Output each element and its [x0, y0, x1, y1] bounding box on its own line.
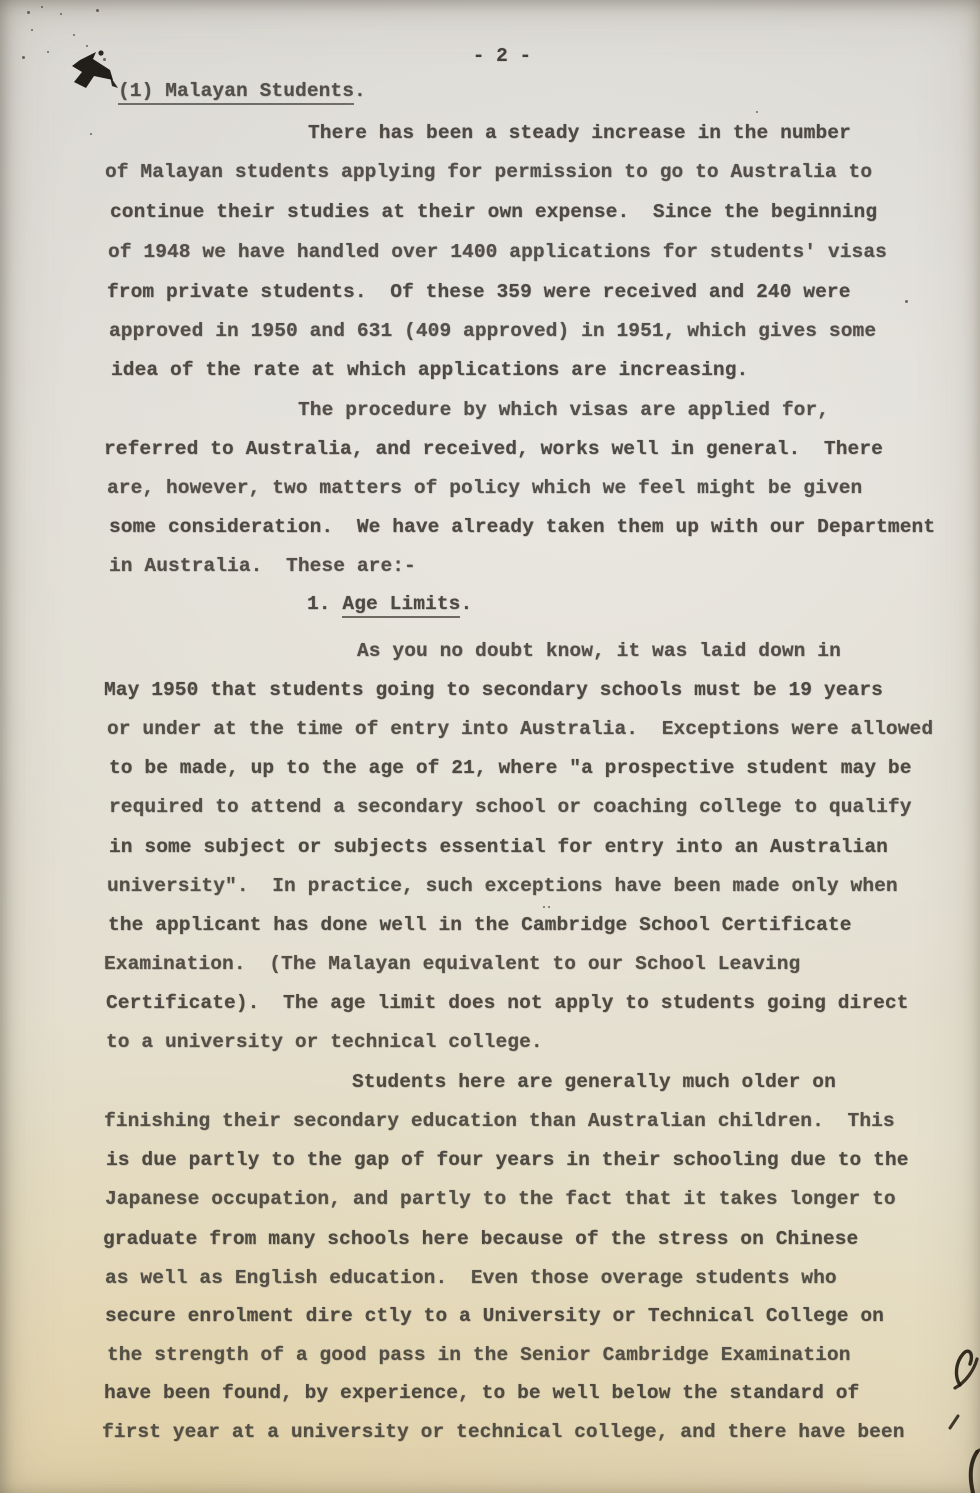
- text-line: May 1950 that students going to secondar…: [104, 679, 883, 701]
- ink-speck: [47, 51, 49, 53]
- text-line: As you no doubt know, it was laid down i…: [357, 640, 841, 662]
- text-line: of 1948 we have handled over 1400 applic…: [108, 241, 887, 263]
- text-line: to be made, up to the age of 21, where "…: [109, 757, 912, 779]
- text-line: approved in 1950 and 631 (409 approved) …: [109, 320, 876, 342]
- ink-speck: [90, 133, 92, 135]
- text-line: finishing their secondary education than…: [104, 1110, 895, 1132]
- text-line: have been found, by experience, to be we…: [104, 1382, 859, 1404]
- text-line: university". In practice, such exception…: [107, 875, 898, 897]
- ink-speck: [86, 45, 88, 47]
- text-line: as well as English education. Even those…: [105, 1267, 837, 1289]
- ink-speck: [73, 34, 75, 36]
- text-line: continue their studies at their own expe…: [110, 201, 877, 223]
- text-line: from private students. Of these 359 were…: [107, 281, 851, 303]
- text-line: Examination. (The Malayan equivalent to …: [104, 953, 800, 975]
- text-line: idea of the rate at which applications a…: [111, 359, 748, 381]
- heading-line: (1) Malayan Students.: [118, 80, 366, 102]
- ink-speck: [41, 6, 43, 8]
- ink-arrow-mark: [66, 50, 124, 96]
- ink-speck: [543, 906, 545, 908]
- text-line: first year at a university or technical …: [102, 1421, 905, 1443]
- ink-speck: [60, 13, 62, 15]
- ink-speck: [548, 906, 550, 908]
- text-line: the strength of a good pass in the Senio…: [107, 1344, 851, 1366]
- text-line: graduate from many schools here because …: [103, 1228, 858, 1250]
- ink-speck: [103, 58, 106, 61]
- text-line: referred to Australia, and received, wor…: [104, 438, 883, 460]
- text-line: There has been a steady increase in the …: [308, 122, 851, 144]
- ink-speck: [905, 300, 908, 303]
- text-line: in Australia. These are:-: [109, 555, 416, 577]
- text-line: Certificate). The age limit does not app…: [106, 992, 909, 1014]
- heading-line: 1. Age Limits.: [307, 593, 472, 615]
- ink-speck: [22, 56, 25, 59]
- text-line: The procedure by which visas are applied…: [298, 399, 829, 421]
- ink-speck: [31, 29, 33, 31]
- text-line: are, however, two matters of policy whic…: [107, 477, 862, 499]
- text-line: or under at the time of entry into Austr…: [107, 718, 933, 740]
- text-line: to a university or technical college.: [106, 1031, 543, 1053]
- page-number: - 2 -: [12, 45, 980, 67]
- text-line: the applicant has done well in the Cambr…: [108, 914, 852, 936]
- ink-speck: [27, 11, 30, 14]
- text-line: Students here are generally much older o…: [352, 1071, 836, 1093]
- text-line: is due partly to the gap of four years i…: [106, 1149, 909, 1171]
- handwriting-mark: [920, 1340, 980, 1493]
- text-line: of Malayan students applying for permiss…: [105, 161, 872, 183]
- ink-speck: [756, 111, 758, 113]
- text-line: required to attend a secondary school or…: [109, 796, 912, 818]
- ink-speck: [96, 9, 99, 12]
- text-line: in some subject or subjects essential fo…: [109, 836, 888, 858]
- text-line: Japanese occupation, and partly to the f…: [105, 1188, 896, 1210]
- text-line: secure enrolment dire ctly to a Universi…: [105, 1305, 884, 1327]
- text-line: some consideration. We have already take…: [109, 516, 935, 538]
- document-page: - 2 - (1) Malayan Students.There has bee…: [0, 0, 980, 1493]
